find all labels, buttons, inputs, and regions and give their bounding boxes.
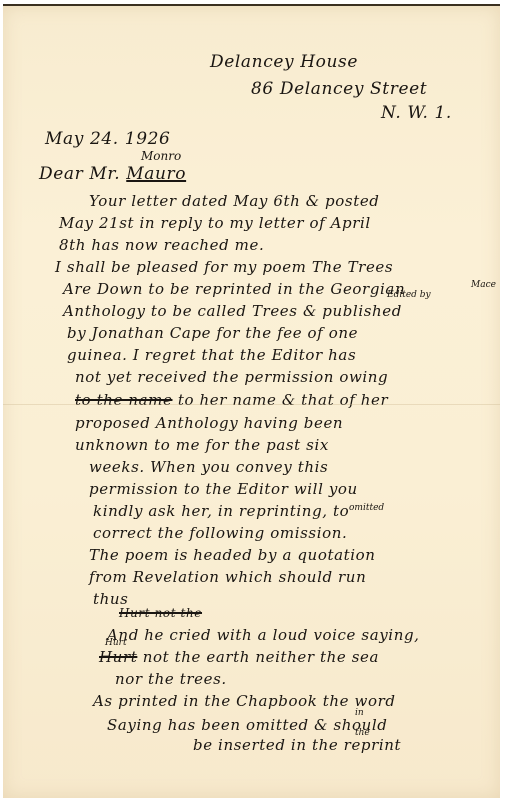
body-line: Are Down to be reprinted in the Georgian (63, 280, 405, 298)
salutation-corrected-name: Monro (141, 149, 181, 163)
body-line: permission to the Editor will you (89, 480, 358, 498)
quotation-line-2: Hurt not the earth neither the sea (99, 648, 379, 666)
quotation-line-3: nor the trees. (115, 670, 227, 688)
body-line: I shall be pleased for my poem The Trees (55, 258, 393, 276)
body-line: Anthology to be called Trees & published (63, 302, 402, 320)
body-line: kindly ask her, in reprinting, to (93, 502, 349, 520)
insertion-edited-by: Edited by (387, 290, 431, 300)
salutation-prefix: Dear Mr. (39, 164, 120, 184)
insertion-mace: Mace (471, 280, 496, 290)
closing-line: be inserted in the reprint (193, 736, 401, 754)
body-line: weeks. When you convey this (89, 458, 328, 476)
body-line: The poem is headed by a quotation (89, 546, 376, 564)
body-line: to the name to her name & that of her (75, 391, 388, 409)
body-line: proposed Anthology having been (75, 414, 343, 432)
insertion-omitted: omitted (349, 503, 384, 513)
address-line-3: N. W. 1. (381, 103, 452, 123)
body-line: not yet received the permission owing (75, 368, 388, 386)
salutation-struck-name: Mauro (126, 164, 186, 184)
quotation-line-1: And he cried with a loud voice saying, (107, 626, 420, 644)
body-line: Your letter dated May 6th & posted (89, 192, 380, 210)
body-line: May 21st in reply to my letter of April (59, 214, 371, 232)
quotation-struck-word: Hurt (99, 648, 137, 666)
closing-line: As printed in the Chapbook the word (93, 692, 396, 710)
body-line: unknown to me for the past six (75, 436, 329, 454)
closing-line: Saying has been omitted & should (107, 716, 388, 734)
body-line: correct the following omission. (93, 524, 347, 542)
body-line: guinea. I regret that the Editor has (67, 346, 356, 364)
salutation: Dear Mr. Mauro (39, 164, 186, 184)
body-line: 8th has now reached me. (59, 236, 264, 254)
address-line-1: Delancey House (210, 52, 358, 72)
letter-page: Delancey House 86 Delancey Street N. W. … (3, 4, 500, 798)
struck-text: to the name (75, 391, 172, 409)
quotation-line-2-text: not the earth neither the sea (143, 648, 379, 666)
quotation-struck-line: Hurt not the (119, 606, 202, 620)
quotation-insert-hurt: Hurt (105, 638, 127, 648)
letter-date: May 24. 1926 (45, 129, 170, 149)
body-line: by Jonathan Cape for the fee of one (67, 324, 358, 342)
body-line: from Revelation which should run (89, 568, 366, 586)
address-line-2: 86 Delancey Street (251, 79, 427, 99)
body-line-text: to her name & that of her (178, 391, 388, 409)
